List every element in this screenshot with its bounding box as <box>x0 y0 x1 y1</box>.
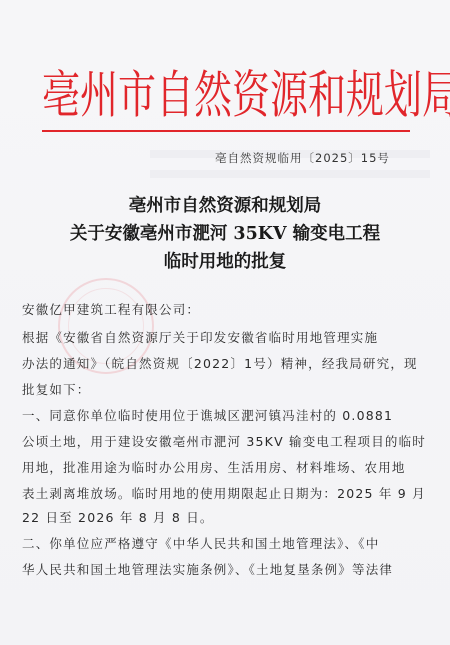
body-line: 批复如下： <box>22 380 422 398</box>
show-through-text <box>150 170 430 178</box>
body-line: 22 日至 2026 年 8 月 8 日。 <box>22 508 422 526</box>
title-line-2: 关于安徽亳州市淝河 35KV 输变电工程 <box>0 220 450 245</box>
body-line: 一、同意你单位临时使用位于谯城区淝河镇冯洼村的 0.0881 <box>22 406 422 424</box>
document-number: 亳自然资规临用〔2025〕15号 <box>215 150 390 166</box>
body-line: 用地，批准用途为临时办公用房、生活用房、材料堆场、农用地 <box>22 458 422 476</box>
title-line-1: 亳州市自然资源和规划局 <box>0 192 450 217</box>
body-line: 表土剥离堆放场。临时用地的使用期限起止日期为：2025 年 9 月 <box>22 484 422 502</box>
body-line: 华人民共和国土地管理法实施条例》、《土地复垦条例》等法律 <box>22 560 422 578</box>
body-line: 公顷土地，用于建设安徽亳州市淝河 35KV 输变电工程项目的临时 <box>22 432 422 450</box>
document-page: 亳州市自然资源和规划局 亳自然资规临用〔2025〕15号 亳州市自然资源和规划局… <box>0 0 450 645</box>
title-line-3: 临时用地的批复 <box>0 248 450 273</box>
issuer-red-header: 亳州市自然资源和规划局 <box>42 68 412 122</box>
body-line: 二、你单位应严格遵守《中华人民共和国土地管理法》、《中 <box>22 534 422 552</box>
body-line: 办法的通知》（皖自然资规〔2022〕1号）精神，经我局研究，现 <box>22 354 422 372</box>
addressee: 安徽亿甲建筑工程有限公司： <box>22 300 422 318</box>
body-line: 根据《安徽省自然资源厅关于印发安徽省临时用地管理实施 <box>22 328 422 346</box>
red-header-rule <box>42 130 410 132</box>
